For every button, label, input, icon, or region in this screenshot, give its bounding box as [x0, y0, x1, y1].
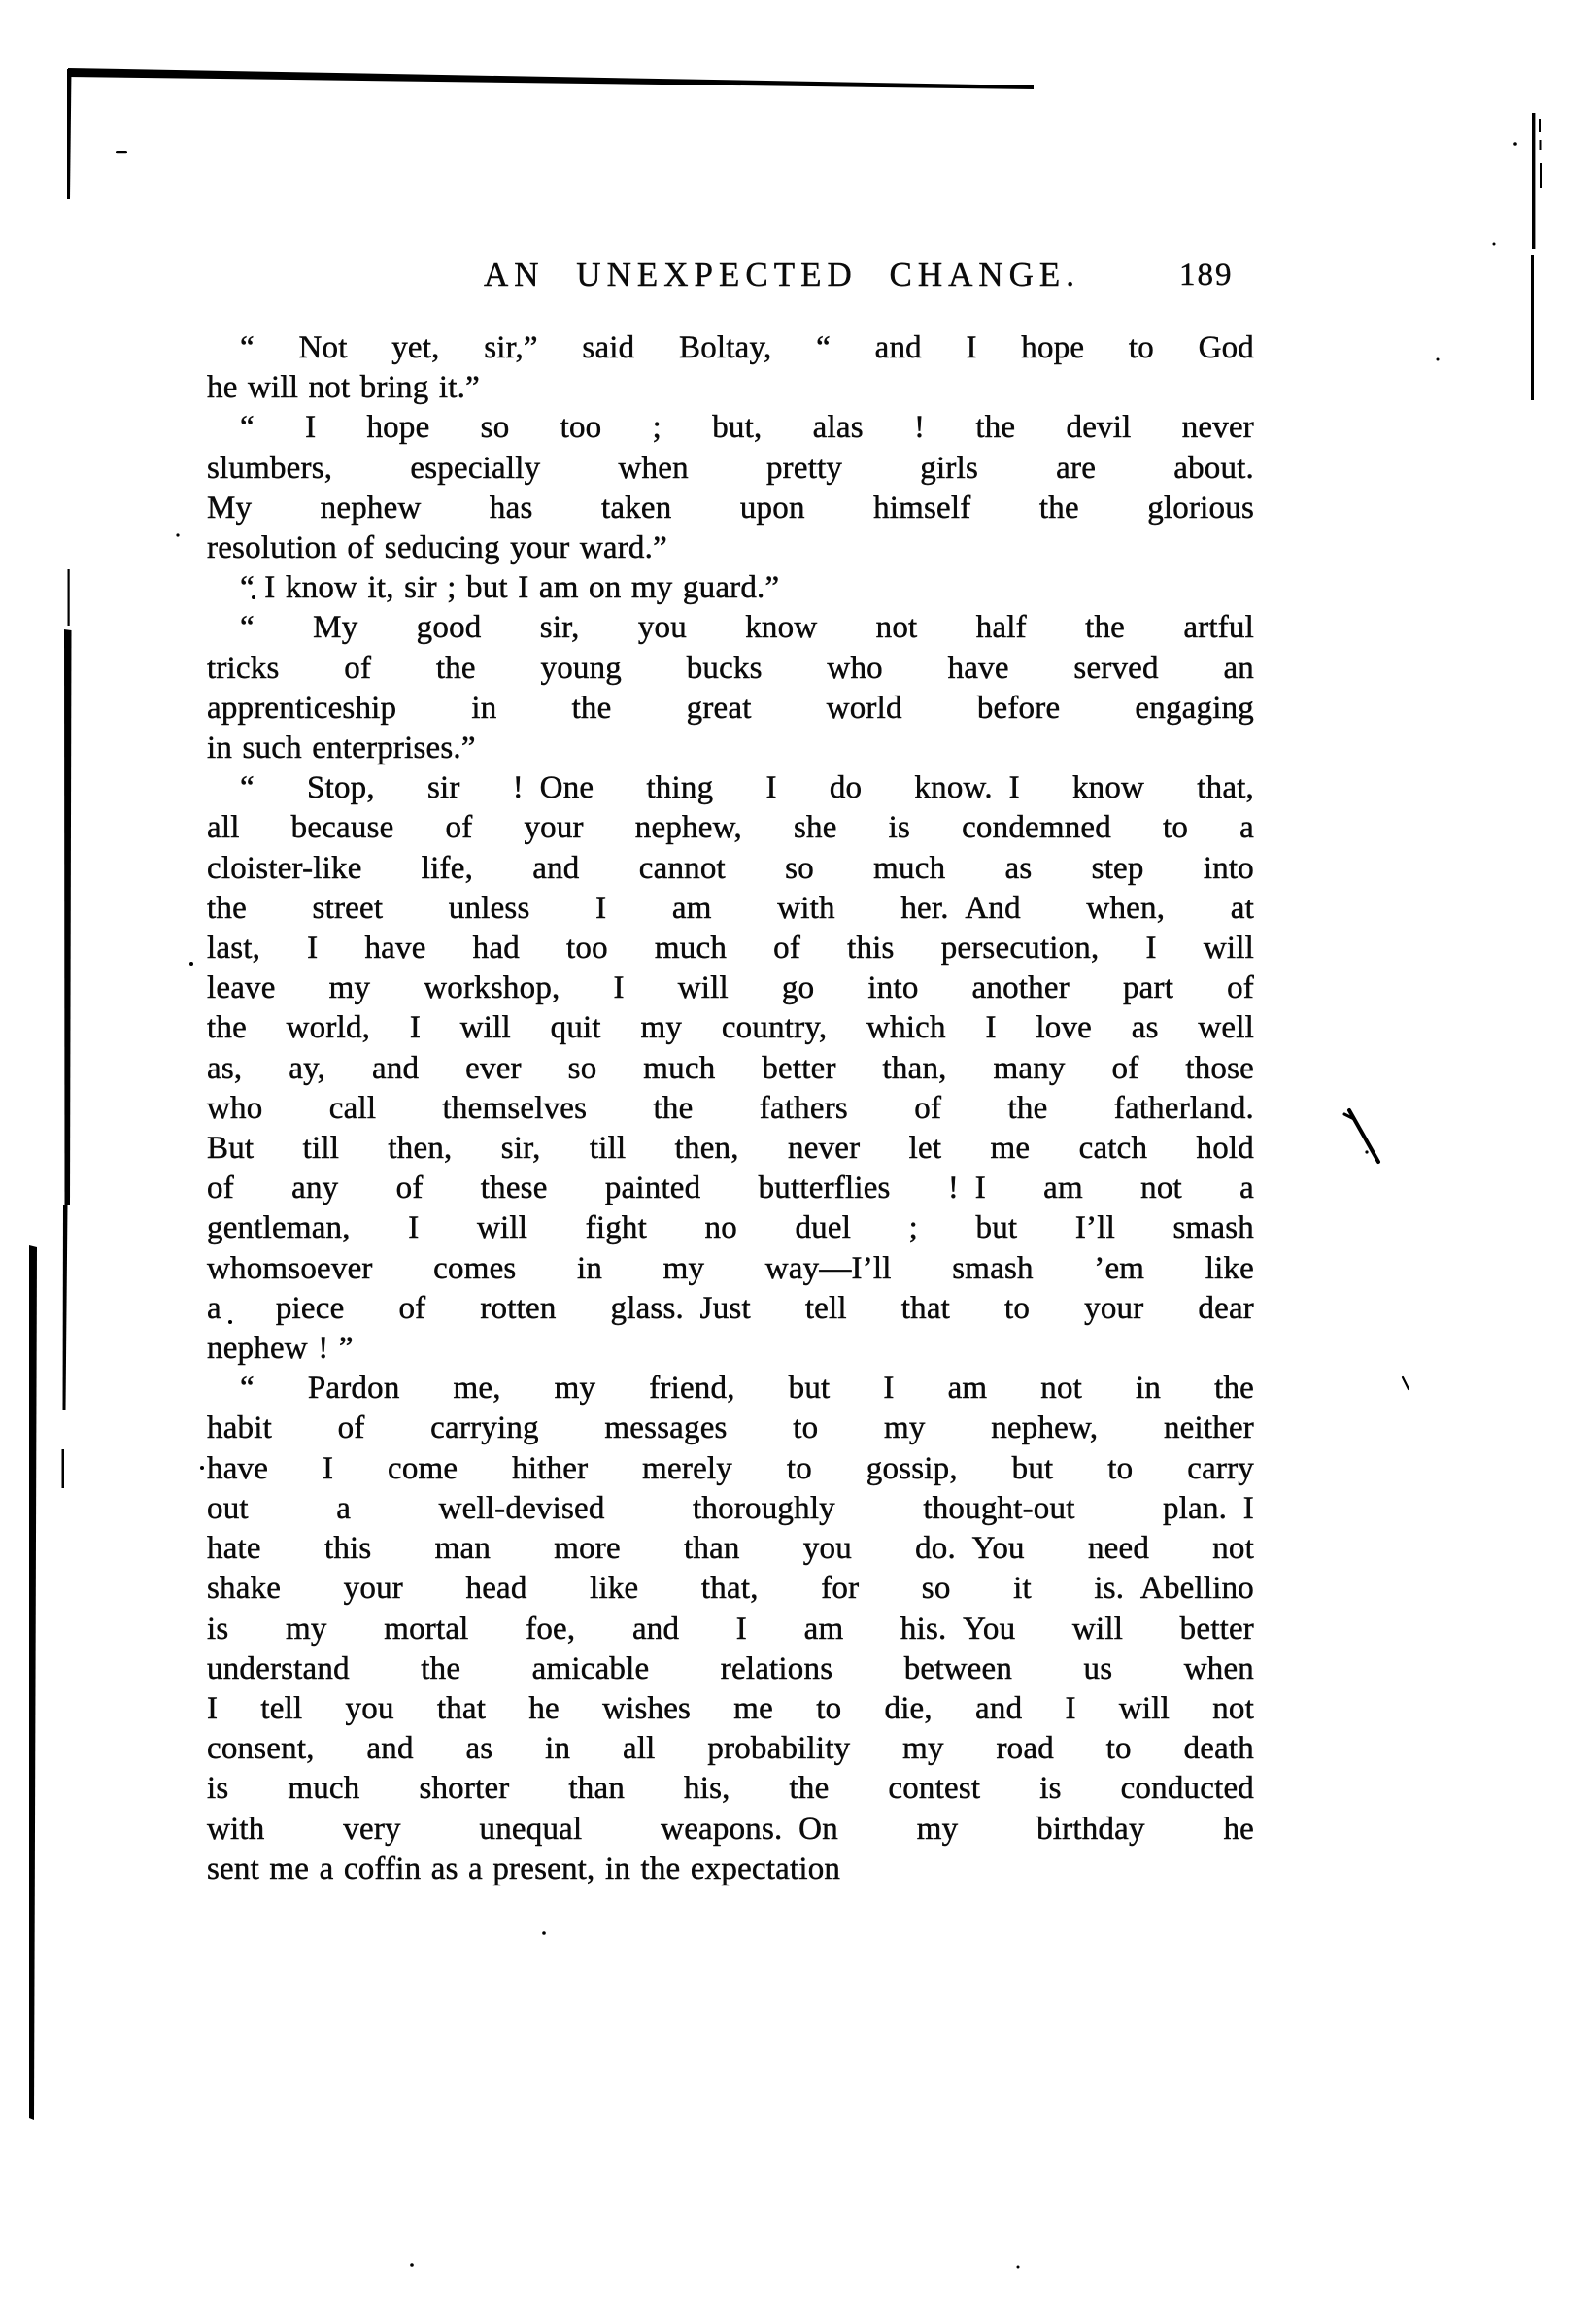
page-number: 189 [1179, 257, 1234, 293]
ink-speck [176, 533, 179, 536]
text-line: a piece of rotten glass. Just tell that … [207, 1289, 1254, 1329]
paragraph: “ Stop, sir ! One thing I do know. I kno… [207, 768, 1254, 1369]
text-line: cloister-like life, and cannot so much a… [207, 849, 1254, 889]
text-line: last, I have had too much of this persec… [207, 929, 1254, 968]
text-line: “ Stop, sir ! One thing I do know. I kno… [207, 768, 1254, 808]
ink-speck [189, 962, 193, 966]
left-margin-line-segment [62, 1449, 65, 1488]
ink-speck [410, 2263, 414, 2267]
text-line: have I come hither merely to gossip, but… [207, 1449, 1254, 1489]
scanned-book-page: AN UNEXPECTED CHANGE. 189 “ Not yet, sir… [0, 0, 1596, 2309]
scan-border-top-line [68, 68, 1034, 89]
right-edge-line-segment [1532, 113, 1535, 249]
text-line: understand the amicable relations betwee… [207, 1649, 1254, 1689]
text-line: all because of your nephew, she is conde… [207, 808, 1254, 848]
text-line: But till then, sir, till then, never let… [207, 1129, 1254, 1169]
text-line: “ Not yet, sir,” said Boltay, “ and I ho… [207, 328, 1254, 368]
ink-speck [542, 1931, 546, 1935]
left-margin-line-segment [64, 629, 72, 1205]
text-line: he will not bring it.” [207, 368, 1254, 408]
text-line: hate this man more than you do. You need… [207, 1529, 1254, 1569]
text-line: who call themselves the fathers of the f… [207, 1089, 1254, 1129]
text-line: “ I hope so too ; but, alas ! the devil … [207, 408, 1254, 448]
text-line: in such enterprises.” [207, 729, 1254, 768]
scan-border-left-corner [67, 69, 72, 199]
ink-speck [1365, 1150, 1368, 1153]
text-line: whomsoever comes in my way—I’ll smash ’e… [207, 1249, 1254, 1289]
text-line: as, ay, and ever so much better than, ma… [207, 1049, 1254, 1089]
text-line: shake your head like that, for so it is.… [207, 1569, 1254, 1609]
text-line: sent me a coffin as a present, in the ex… [207, 1850, 1254, 1889]
paragraph: “ My good sir, you know not half the art… [207, 608, 1254, 768]
text-line: out a well-devised thoroughly thought-ou… [207, 1489, 1254, 1529]
paragraph: “ I hope so too ; but, alas ! the devil … [207, 408, 1254, 568]
right-edge-dash [1540, 163, 1542, 188]
left-page-edge-bar [29, 1245, 37, 2120]
text-line: My nephew has taken upon himself the glo… [207, 489, 1254, 528]
text-line: apprenticeship in the great world before… [207, 689, 1254, 729]
text-line: with very unequal weapons. On my birthda… [207, 1810, 1254, 1850]
text-line: tricks of the young bucks who have serve… [207, 649, 1254, 689]
paragraph: “ Pardon me, my friend, but I am not in … [207, 1369, 1254, 1889]
ink-speck [1513, 142, 1517, 146]
text-line: nephew ! ” [207, 1329, 1254, 1369]
right-edge-dash [1540, 140, 1542, 150]
ink-speck [1017, 2266, 1020, 2269]
text-line: “ Pardon me, my friend, but I am not in … [207, 1369, 1254, 1409]
text-line: habit of carrying messages to my nephew,… [207, 1409, 1254, 1448]
text-line: is my mortal foe, and I am his. You will… [207, 1610, 1254, 1649]
tick-mark [1403, 1377, 1409, 1389]
right-edge-line-segment [1531, 255, 1534, 400]
text-line: gentleman, I will fight no duel ; but I’… [207, 1208, 1254, 1248]
left-margin-line-segment [68, 569, 70, 626]
text-line: resolution of seducing your ward.” [207, 528, 1254, 568]
scratch-mark [1344, 1114, 1354, 1119]
running-header: AN UNEXPECTED CHANGE. [484, 255, 1080, 294]
right-edge-dash [1539, 119, 1541, 132]
text-line: I tell you that he wishes me to die, and… [207, 1689, 1254, 1729]
ink-speck [200, 1466, 204, 1470]
text-line: of any of these painted butterflies ! I … [207, 1169, 1254, 1208]
text-line: “ My good sir, you know not half the art… [207, 608, 1254, 648]
text-line: “ I know it, sir ; but I am on my guard.… [207, 568, 1254, 608]
ink-speck [1437, 358, 1440, 361]
paragraph: “ I know it, sir ; but I am on my guard.… [207, 568, 1254, 608]
text-line: slumbers, especially when pretty girls a… [207, 449, 1254, 489]
ink-speck [116, 151, 127, 153]
left-margin-line-segment [63, 1205, 68, 1410]
text-line: leave my workshop, I will go into anothe… [207, 968, 1254, 1008]
scratch-mark [1349, 1110, 1378, 1162]
ink-speck [1493, 243, 1496, 246]
text-line: consent, and as in all probability my ro… [207, 1729, 1254, 1769]
text-line: the street unless I am with her. And whe… [207, 889, 1254, 929]
text-line: the world, I will quit my country, which… [207, 1008, 1254, 1048]
text-line: is much shorter than his, the contest is… [207, 1769, 1254, 1809]
page-text: “ Not yet, sir,” said Boltay, “ and I ho… [207, 328, 1254, 1889]
paragraph: “ Not yet, sir,” said Boltay, “ and I ho… [207, 328, 1254, 408]
